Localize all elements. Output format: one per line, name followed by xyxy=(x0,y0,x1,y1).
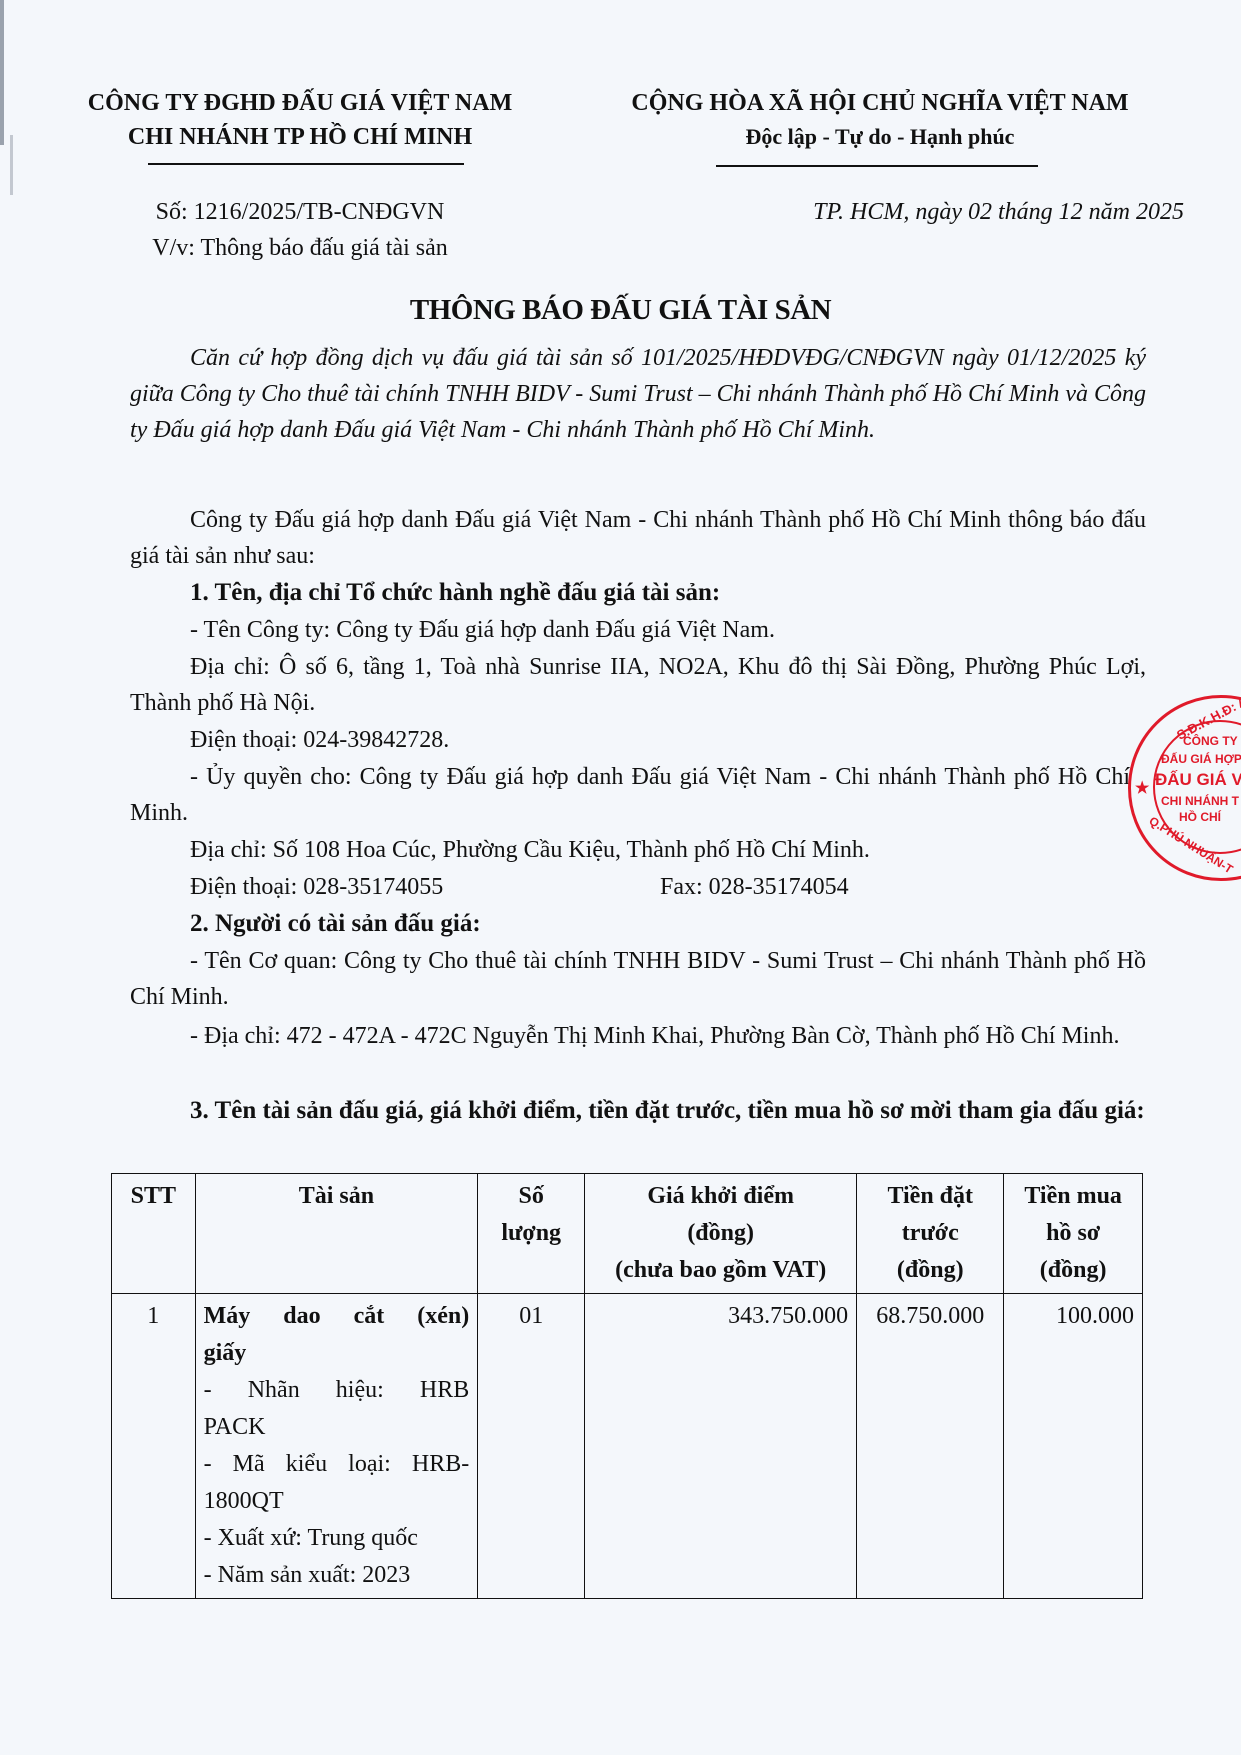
document-title: THÔNG BÁO ĐẤU GIÁ TÀI SẢN xyxy=(0,294,1241,327)
section1-authorized: - Ủy quyền cho: Công ty Đấu giá hợp danh… xyxy=(130,759,1130,831)
nation-title: CỘNG HÒA XÃ HỘI CHỦ NGHĨA VIỆT NAM xyxy=(600,86,1160,120)
org-name: CÔNG TY ĐGHD ĐẤU GIÁ VIỆT NAM CHI NHÁNH … xyxy=(80,86,520,154)
section3-heading: 3. Tên tài sản đấu giá, giá khởi điểm, t… xyxy=(130,1093,1146,1129)
cell-stt: 1 xyxy=(112,1294,196,1599)
table-row: 1 Máy dao cắt (xén) giấy - Nhãn hiệu: HR… xyxy=(112,1294,1143,1599)
section1-address: Địa chỉ: Ô số 6, tầng 1, Toà nhà Sunrise… xyxy=(130,649,1146,721)
asset-table: STT Tài sản Sốlượng Giá khởi điểm(đồng)(… xyxy=(111,1173,1143,1599)
col-stt: STT xyxy=(112,1174,196,1294)
cell-starting-price: 343.750.000 xyxy=(585,1294,857,1599)
org-line2: CHI NHÁNH TP HỒ CHÍ MINH xyxy=(80,120,520,154)
star-icon: ★ xyxy=(1135,778,1149,798)
scan-edge-mark xyxy=(10,135,13,195)
section2-address: - Địa chỉ: 472 - 472A - 472C Nguyễn Thị … xyxy=(130,1018,1146,1054)
section1-branch-phone: Điện thoại: 028-35174055 xyxy=(130,869,1146,905)
cell-deposit: 68.750.000 xyxy=(857,1294,1004,1599)
col-asset: Tài sản xyxy=(195,1174,478,1294)
section1-heading: 1. Tên, địa chỉ Tổ chức hành nghề đấu gi… xyxy=(130,575,1146,611)
section2-heading: 2. Người có tài sản đấu giá: xyxy=(130,906,1146,942)
cell-qty: 01 xyxy=(478,1294,585,1599)
col-starting-price: Giá khởi điểm(đồng)(chưa bao gồm VAT) xyxy=(585,1174,857,1294)
doc-number: Số: 1216/2025/TB-CNĐGVN xyxy=(80,196,520,229)
basis-paragraph: Căn cứ hợp đồng dịch vụ đấu giá tài sản … xyxy=(130,340,1146,448)
scan-edge xyxy=(0,0,4,145)
section1-company: - Tên Công ty: Công ty Đấu giá hợp danh … xyxy=(130,612,1146,648)
nation-motto: Độc lập - Tự do - Hạnh phúc xyxy=(600,120,1160,154)
intro-paragraph: Công ty Đấu giá hợp danh Đấu giá Việt Na… xyxy=(130,502,1146,574)
org-line1: CÔNG TY ĐGHD ĐẤU GIÁ VIỆT NAM xyxy=(80,86,520,120)
table-header-row: STT Tài sản Sốlượng Giá khởi điểm(đồng)(… xyxy=(112,1174,1143,1294)
section1-branch-fax: Fax: 028-35174054 xyxy=(660,869,849,905)
motto-underline xyxy=(716,165,1038,167)
col-qty: Sốlượng xyxy=(478,1174,585,1294)
cell-asset: Máy dao cắt (xén) giấy - Nhãn hiệu: HRB … xyxy=(195,1294,478,1599)
doc-subject: V/v: Thông báo đấu giá tài sản xyxy=(80,232,520,265)
col-deposit: Tiền đặttrước(đồng) xyxy=(857,1174,1004,1294)
col-document-fee: Tiền muahồ sơ(đồng) xyxy=(1004,1174,1143,1294)
cell-document-fee: 100.000 xyxy=(1004,1294,1143,1599)
place-date: TP. HCM, ngày 02 tháng 12 năm 2025 xyxy=(600,196,1184,229)
asset-name: Máy dao cắt (xén) xyxy=(204,1298,470,1335)
section1-branch-address: Địa chỉ: Số 108 Hoa Cúc, Phường Cầu Kiệu… xyxy=(130,832,1146,868)
section2-agency: - Tên Cơ quan: Công ty Cho thuê tài chín… xyxy=(130,943,1146,1015)
org-underline xyxy=(148,163,464,165)
nation-header: CỘNG HÒA XÃ HỘI CHỦ NGHĨA VIỆT NAM Độc l… xyxy=(600,86,1160,154)
section1-phone: Điện thoại: 024-39842728. xyxy=(130,722,1146,758)
